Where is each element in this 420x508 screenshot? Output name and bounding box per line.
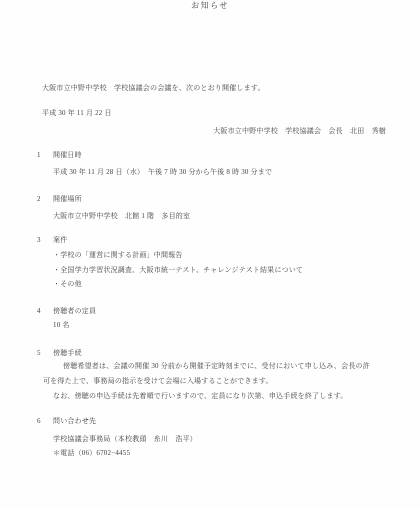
section-5-title: 傍聴手続 — [53, 349, 82, 357]
contact-office: 学校協議会事務局（本校教頭 糸川 浩平） — [53, 432, 197, 447]
section-4-heading: 4傍聴者の定員 — [37, 304, 96, 319]
agenda-item: ・学校の「運営に関する計画」中間報告 — [53, 248, 183, 263]
section-4-number: 4 — [37, 304, 53, 319]
agenda-item: ・全国学力学習状況調査、大阪市統一テスト、チャレンジテスト結果について — [53, 263, 303, 278]
section-1-heading: 1開催日時 — [37, 148, 82, 163]
section-3-number: 3 — [37, 233, 53, 248]
section-3-heading: 3案件 — [37, 233, 67, 248]
notice-document: お知らせ 大阪市立中野中学校 学校協議会の会議を、次のとおり開催します。 平成 … — [0, 0, 420, 508]
section-1-content: 平成 30 年 11 月 28 日（水） 午後 7 時 30 分から午後 8 時… — [53, 165, 272, 180]
section-5-note: なお、傍聴の申込手続は先着順で行いますので、定員になり次第、申込手続を終了します… — [53, 389, 348, 404]
section-6-heading: 6問い合わせ先 — [37, 414, 96, 429]
intro-sentence: 大阪市立中野中学校 学校協議会の会議を、次のとおり開催します。 — [42, 81, 265, 96]
contact-phone: ＊電話（06）6702−4455 — [53, 446, 130, 461]
section-6-title: 問い合わせ先 — [53, 417, 96, 425]
section-4-content: 10 名 — [53, 318, 70, 333]
issue-date: 平成 30 年 11 月 22 日 — [42, 106, 112, 121]
document-title: お知らせ — [0, 0, 420, 11]
section-2-title: 開催場所 — [53, 195, 82, 203]
section-1-number: 1 — [37, 148, 53, 163]
section-2-heading: 2開催場所 — [37, 192, 82, 207]
section-6-number: 6 — [37, 414, 53, 429]
issuer-signature: 大阪市立中野中学校 学校協議会 会長 北田 秀樹 — [213, 124, 386, 139]
section-5-paragraph: 傍聴希望者は、会議の開催 30 分前から開催予定時刻までに、受付において申し込み… — [43, 359, 375, 389]
section-1-title: 開催日時 — [53, 151, 82, 159]
section-3-title: 案件 — [53, 236, 67, 244]
section-2-content: 大阪市立中野中学校 北館 1 階 多目的室 — [53, 209, 190, 224]
section-2-number: 2 — [37, 192, 53, 207]
section-4-title: 傍聴者の定員 — [53, 307, 96, 315]
agenda-item: ・その他 — [53, 277, 82, 292]
